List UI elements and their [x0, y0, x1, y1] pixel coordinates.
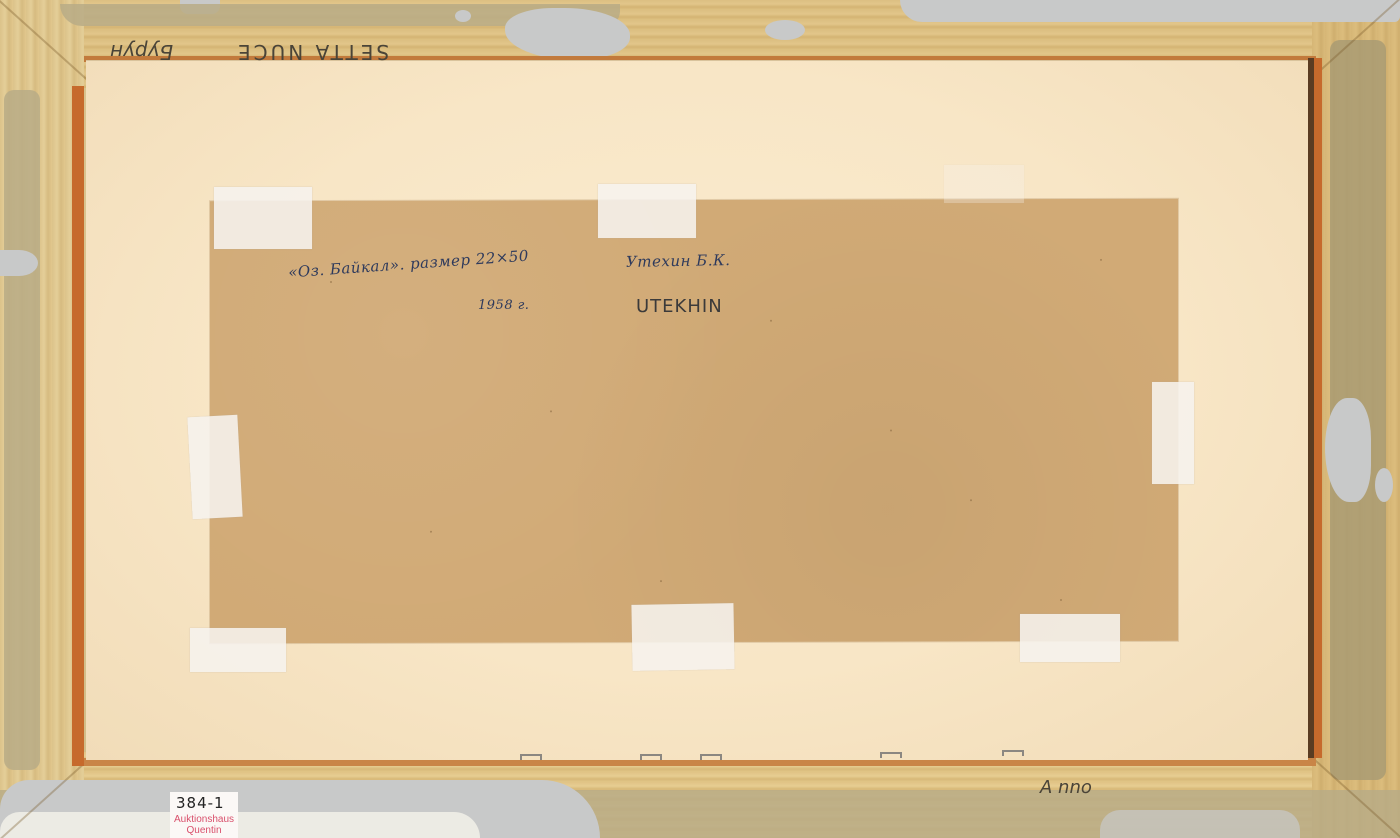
speck [770, 320, 772, 322]
paint-chip [900, 0, 1400, 22]
staple [520, 754, 542, 760]
inscription-year: 1958 г. [478, 298, 529, 313]
frame-residue-left [4, 90, 40, 770]
staple [700, 754, 722, 760]
speck [1100, 259, 1102, 261]
inscription-artist-cyrillic: Утехин Б.К. [626, 251, 731, 271]
speck [660, 580, 662, 582]
inscription-artist-latin: UTEKHIN [636, 296, 723, 317]
framed-artwork-back: «Оз. Байкал». размер 22×50 Утехин Б.К. 1… [0, 0, 1400, 838]
paint-chip [0, 812, 480, 838]
speck [430, 531, 432, 533]
paint-chip [1325, 398, 1371, 502]
masking-tape-residue [944, 165, 1024, 203]
auction-lot-sticker: 384-1 Auktionshaus Quentin [170, 792, 238, 838]
masking-tape [187, 415, 242, 519]
staple [880, 752, 902, 758]
lot-number: 384-1 [176, 794, 225, 812]
masking-tape [631, 603, 734, 671]
masking-tape [598, 184, 696, 238]
masking-tape [1152, 382, 1194, 484]
staple [640, 754, 662, 760]
speck [550, 410, 552, 412]
auction-house-name: Auktionshaus [170, 814, 238, 825]
frame-inscription-top: SETTA NUCE [235, 40, 389, 64]
masking-tape [214, 187, 312, 249]
frame-inscription-top-left: Бурун [110, 40, 173, 64]
speck [890, 429, 892, 431]
masking-tape [1020, 614, 1120, 662]
speck [1060, 599, 1062, 601]
masking-tape [190, 628, 286, 672]
rebate-edge-left [72, 86, 84, 766]
frame-inscription-bottom: A nno [1040, 777, 1092, 798]
paint-chip [765, 20, 805, 40]
staple [1002, 750, 1024, 756]
paint-chip [455, 10, 471, 22]
paint-chip [1375, 468, 1393, 502]
paint-chip [1100, 810, 1300, 838]
speck [330, 281, 332, 283]
paint-chip [0, 250, 38, 276]
rebate-edge-right [1314, 58, 1322, 758]
speck [970, 499, 972, 501]
auction-house-name-2: Quentin [170, 825, 238, 836]
